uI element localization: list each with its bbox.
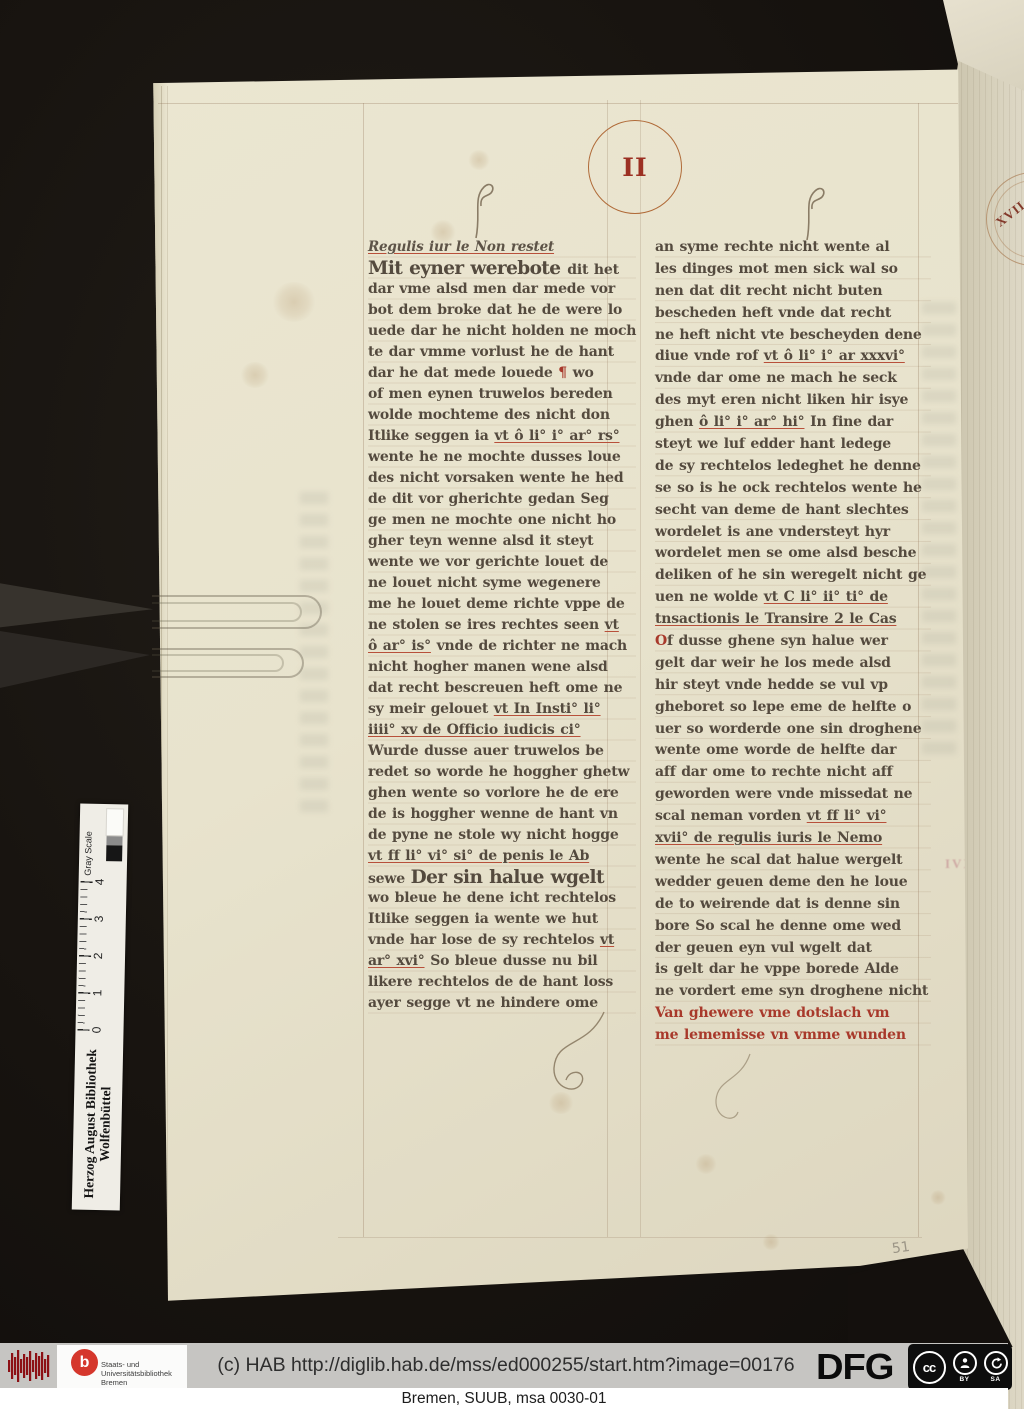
manuscript-text-segment: geworden were vnde missedat ne xyxy=(655,786,912,802)
column-2: an syme rechte nicht wente alles dinges … xyxy=(655,237,931,1047)
manuscript-text-segment: ô ar° is° xyxy=(368,638,431,654)
library-name: Herzog August Bibliothek Wolfenbüttel xyxy=(81,1038,115,1211)
bremen-logo-line1: Staats- und xyxy=(101,1360,172,1369)
manuscript-text-segment: de to weirende dat is denne sin xyxy=(655,896,900,912)
manuscript-text-segment: vnde dar ome ne mach he seck xyxy=(655,370,897,386)
manuscript-line: bescheden heft vnde dat recht xyxy=(655,303,931,325)
manuscript-text-segment: Mit eyner werebote xyxy=(368,258,567,279)
manuscript-line: de pyne ne stole wy nicht hogge xyxy=(368,825,636,846)
ruling-line xyxy=(363,103,364,1237)
manuscript-text-segment: ar° xvi° xyxy=(368,953,425,969)
sa-label: SA xyxy=(990,1376,1000,1383)
manuscript-text-segment: ayer segge vt ne hindere ome xyxy=(368,995,598,1011)
manuscript-line: xvii° de regulis iuris le Nemo xyxy=(655,828,931,850)
manuscript-text-segment: xvii° de regulis iuris le Nemo xyxy=(655,830,882,846)
manuscript-line: wordelet is ane vndersteyt hyr xyxy=(655,522,931,544)
manuscript-line: dar vme alsd men dar mede vor xyxy=(368,279,636,300)
manuscript-text-segment: vt ff li° vi° si° de penis le Ab xyxy=(368,848,589,864)
flourish-icon xyxy=(690,1052,780,1132)
flourish-icon xyxy=(800,186,836,242)
manuscript-text-segment: hir steyt vnde hedde se vul vp xyxy=(655,677,888,693)
ruler-strip-face: Herzog August Bibliothek Wolfenbüttel 0 … xyxy=(72,804,128,1211)
ruler-number: 2 xyxy=(91,946,105,966)
manuscript-text-segment: vnde de richter ne mach xyxy=(431,638,627,654)
manuscript-text-segment: me lememisse vn vmme wunden xyxy=(655,1027,906,1043)
stain xyxy=(695,1154,717,1174)
manuscript-line: vnde har lose de sy rechtelos vt xyxy=(368,930,636,951)
manuscript-text-segment: f dusse ghene syn halue wer xyxy=(667,633,888,649)
manuscript-line: wordelet men se ome alsd besche xyxy=(655,543,931,565)
manuscript-line: wente he scal dat halue wergelt xyxy=(655,850,931,872)
manuscript-line: likere rechtelos de de hant loss xyxy=(368,972,636,993)
caption-text: Bremen, SUUB, msa 0030-01 xyxy=(401,1390,606,1408)
grayscale-label: Gray Scale xyxy=(83,831,94,876)
manuscript-text-segment: In fine dar xyxy=(804,414,893,430)
manuscript-line: redet so worde he hoggher ghetw xyxy=(368,762,636,783)
manuscript-text-segment: les dinges mot men sick wal so xyxy=(655,261,898,277)
manuscript-scan: XVII II xyxy=(0,0,1024,1409)
manuscript-page: II Regulis iur le Non restetMit eyner we… xyxy=(150,62,968,1307)
manuscript-line: steyt we luf edder hant ledege xyxy=(655,434,931,456)
manuscript-line: sewe Der sin halue wgelt xyxy=(368,867,636,888)
clip-shadow xyxy=(152,602,302,622)
manuscript-text-segment: wordelet is ane vndersteyt hyr xyxy=(655,524,890,540)
manuscript-text-segment: nen dat dit recht nicht buten xyxy=(655,283,882,299)
manuscript-line: Van ghewere vme dotslach vm xyxy=(655,1003,931,1025)
manuscript-line: uen ne wolde vt C li° ii° ti° de xyxy=(655,587,931,609)
grayscale-patch-black xyxy=(106,845,122,861)
ruling-line xyxy=(338,1237,922,1238)
cc-icon-label: cc xyxy=(923,1360,935,1375)
flourish-icon xyxy=(518,1008,638,1104)
cc-license-box: cc BY SA xyxy=(908,1344,1012,1390)
bleedthrough xyxy=(300,492,328,812)
manuscript-line: deliken of he sin weregelt nicht ge xyxy=(655,565,931,587)
manuscript-text-segment: wo xyxy=(567,365,594,381)
manuscript-text-segment: bescheden heft vnde dat recht xyxy=(655,305,891,321)
manuscript-line: gelt dar weir he los mede alsd xyxy=(655,653,931,675)
manuscript-text-segment: wente he ne mochte dusses loue xyxy=(368,449,621,465)
manuscript-text-segment: Der sin halue wgelt xyxy=(411,867,604,888)
manuscript-line: des myt eren nicht liken hir isye xyxy=(655,390,931,412)
manuscript-line: ne heft nicht vte bescheyden dene xyxy=(655,325,931,347)
ruling-line xyxy=(158,103,958,104)
manuscript-line: bot dem broke dat he de were lo xyxy=(368,300,636,321)
manuscript-line: les dinges mot men sick wal so xyxy=(655,259,931,281)
manuscript-text-segment: Itlike seggen ia xyxy=(368,428,494,444)
page-left-edge xyxy=(152,80,168,1298)
suub-barcode-logo xyxy=(8,1348,52,1384)
manuscript-line: ar° xvi° So bleue dusse nu bil xyxy=(368,951,636,972)
manuscript-text-segment: is gelt dar he vppe borede Alde xyxy=(655,961,899,977)
manuscript-line: an syme rechte nicht wente al xyxy=(655,237,931,259)
by-label: BY xyxy=(959,1376,969,1383)
manuscript-text-segment: likere rechtelos de de hant loss xyxy=(368,974,613,990)
manuscript-text-segment: iiii° xv de Officio iudicis ci° xyxy=(368,722,581,738)
manuscript-line: gher teyn wenne alsd it steyt xyxy=(368,531,636,552)
manuscript-text-segment: ghen wente so vorlore he de ere xyxy=(368,785,619,801)
manuscript-text-segment: sewe xyxy=(368,871,411,887)
manuscript-text-segment: wordelet men se ome alsd besche xyxy=(655,545,916,561)
manuscript-text-segment: de sy rechtelos ledeghet he denne xyxy=(655,458,921,474)
ruler-number: 0 xyxy=(89,1020,103,1040)
manuscript-text-segment: de is hoggher wenne de hant vn xyxy=(368,806,618,822)
manuscript-text-segment: ô li° i° ar° hi° xyxy=(699,414,805,430)
manuscript-text-segment: deliken of he sin weregelt nicht ge xyxy=(655,567,926,583)
ruler-number: 3 xyxy=(92,909,106,929)
manuscript-line: uer so worderde one sin droghene xyxy=(655,719,931,741)
share-alike-icon xyxy=(984,1351,1008,1375)
manuscript-line: me he louet deme richte vppe de xyxy=(368,594,636,615)
manuscript-text-segment: wente he scal dat halue wergelt xyxy=(655,852,902,868)
manuscript-line: of men eynen truwelos bereden xyxy=(368,384,636,405)
manuscript-line: bore So scal he denne ome wed xyxy=(655,916,931,938)
manuscript-text-segment: des myt eren nicht liken hir isye xyxy=(655,392,908,408)
stain xyxy=(240,362,270,388)
manuscript-text-segment: wo bleue he dene icht rechtelos xyxy=(368,890,616,906)
folio-circle: II xyxy=(588,120,682,214)
caption-strip: Bremen, SUUB, msa 0030-01 xyxy=(0,1388,1008,1409)
bremen-logo-text: Staats- und Universitätsbibliothek Breme… xyxy=(101,1360,172,1387)
bremen-logo-initial: b xyxy=(80,1354,90,1372)
manuscript-text-segment: tnsactionis le Transire 2 le Cas xyxy=(655,611,896,627)
manuscript-text-segment: of men eynen truwelos bereden xyxy=(368,386,613,402)
manuscript-line: de to weirende dat is denne sin xyxy=(655,894,931,916)
manuscript-text-segment: Regulis iur le Non restet xyxy=(368,239,554,255)
manuscript-text-segment: bore So scal he denne ome wed xyxy=(655,918,901,934)
manuscript-line: geworden were vnde missedat ne xyxy=(655,784,931,806)
clip-shadow xyxy=(152,654,284,672)
manuscript-text-segment: des nicht vorsaken wente he hed xyxy=(368,470,623,486)
manuscript-text-segment: vt ô li° i° ar xxxvi° xyxy=(764,348,905,364)
manuscript-line: gheboret so lepe eme de helfte o xyxy=(655,697,931,719)
manuscript-line: de is hoggher wenne de hant vn xyxy=(368,804,636,825)
bremen-logo-line3: Bremen xyxy=(101,1378,172,1387)
manuscript-text-segment: vt C li° ii° ti° de xyxy=(764,589,888,605)
manuscript-text-segment: O xyxy=(655,633,667,649)
manuscript-line: de sy rechtelos ledeghet he denne xyxy=(655,456,931,478)
manuscript-text-segment: Van ghewere vme dotslach vm xyxy=(655,1005,889,1021)
column-1: Regulis iur le Non restetMit eyner wereb… xyxy=(368,237,636,1014)
manuscript-line: hir steyt vnde hedde se vul vp xyxy=(655,675,931,697)
flourish-icon xyxy=(468,182,504,240)
folio-number: II xyxy=(622,153,647,182)
manuscript-text-segment: de dit vor gherichte gedan Seg xyxy=(368,491,609,507)
manuscript-line: te dar vmme vorlust he de hant xyxy=(368,342,636,363)
manuscript-line: Mit eyner werebote dit het xyxy=(368,258,636,279)
page-holder-shadow xyxy=(0,628,150,688)
manuscript-line: iiii° xv de Officio iudicis ci° xyxy=(368,720,636,741)
cc-sa-badge: SA xyxy=(984,1351,1008,1383)
manuscript-line: wente he ne mochte dusses loue xyxy=(368,447,636,468)
ruler-scale: 0 1 2 3 4 xyxy=(75,880,126,1039)
manuscript-text-segment: sy meir gelouet xyxy=(368,701,494,717)
manuscript-text-segment: de pyne ne stole wy nicht hogge xyxy=(368,827,619,843)
manuscript-line: Of dusse ghene syn halue wer xyxy=(655,631,931,653)
manuscript-text-segment: ¶ xyxy=(558,365,567,381)
manuscript-text-segment: wolde mochteme des nicht don xyxy=(368,407,610,423)
manuscript-text-segment: vt ô li° i° ar° rs° xyxy=(494,428,619,444)
manuscript-text-segment: nicht hogher manen wene alsd xyxy=(368,659,608,675)
manuscript-line: wo bleue he dene icht rechtelos xyxy=(368,888,636,909)
manuscript-text-segment: bot dem broke dat he de were lo xyxy=(368,302,622,318)
manuscript-line: Itlike seggen ia wente we hut xyxy=(368,909,636,930)
manuscript-text-segment: wedder geuen deme den he loue xyxy=(655,874,907,890)
manuscript-text-segment: dit het xyxy=(567,262,619,278)
ruler-number: 1 xyxy=(90,983,104,1003)
manuscript-line: ge men ne mochte one nicht ho xyxy=(368,510,636,531)
manuscript-text-segment: gelt dar weir he los mede alsd xyxy=(655,655,891,671)
manuscript-line: se so is he ock rechtelos wente he xyxy=(655,478,931,500)
manuscript-text-segment: se so is he ock rechtelos wente he xyxy=(655,480,922,496)
manuscript-line: wente ome worde de helfte dar xyxy=(655,740,931,762)
manuscript-line: wente we vor gerichte louet de xyxy=(368,552,636,573)
dfg-logo: DFG xyxy=(816,1346,893,1388)
grayscale-patch-gray xyxy=(106,835,122,845)
manuscript-line: dar he dat mede louede ¶ wo xyxy=(368,363,636,384)
page-holder-shadow xyxy=(0,578,153,630)
manuscript-text-segment: vt In Insti° li° xyxy=(494,701,601,717)
manuscript-text-segment: dar he dat mede louede xyxy=(368,365,558,381)
grayscale-patches xyxy=(106,809,123,861)
manuscript-line: ayer segge vt ne hindere ome xyxy=(368,993,636,1014)
manuscript-line: is gelt dar he vppe borede Alde xyxy=(655,959,931,981)
stain xyxy=(468,150,490,170)
manuscript-text-segment: der geuen eyn vul wgelt dat xyxy=(655,940,872,956)
stain xyxy=(272,282,316,322)
manuscript-text-segment: gheboret so lepe eme de helfte o xyxy=(655,699,911,715)
manuscript-text-segment: vt xyxy=(605,617,619,633)
manuscript-text-segment: uer so worderde one sin droghene xyxy=(655,721,921,737)
manuscript-text-segment: ne louet nicht syme wegenere xyxy=(368,575,601,591)
page-edge-line xyxy=(167,86,168,1298)
manuscript-line: ne louet nicht syme wegenere xyxy=(368,573,636,594)
manuscript-text-segment: redet so worde he hoggher ghetw xyxy=(368,764,629,780)
manuscript-text-segment: aff dar ome to rechte nicht aff xyxy=(655,764,892,780)
manuscript-line: Itlike seggen ia vt ô li° i° ar° rs° xyxy=(368,426,636,447)
manuscript-line: wolde mochteme des nicht don xyxy=(368,405,636,426)
manuscript-line: ô ar° is° vnde de richter ne mach xyxy=(368,636,636,657)
person-icon xyxy=(953,1351,977,1375)
manuscript-text-segment: vt xyxy=(600,932,614,948)
manuscript-line: Regulis iur le Non restet xyxy=(368,237,636,258)
manuscript-text-segment: steyt we luf edder hant ledege xyxy=(655,436,891,452)
manuscript-text-segment: scal neman vorden xyxy=(655,808,807,824)
ruler-strip: Herzog August Bibliothek Wolfenbüttel 0 … xyxy=(72,804,128,1211)
manuscript-text-segment: wente we vor gerichte louet de xyxy=(368,554,608,570)
bremen-logo-line2: Universitätsbibliothek xyxy=(101,1369,172,1378)
grayscale-card: Gray Scale xyxy=(79,804,129,881)
ruling-line xyxy=(640,100,641,1237)
manuscript-line: des nicht vorsaken wente he hed xyxy=(368,468,636,489)
manuscript-text-segment: ne heft nicht vte bescheyden dene xyxy=(655,327,922,343)
manuscript-line: wedder geuen deme den he loue xyxy=(655,872,931,894)
manuscript-text-segment: wente ome worde de helfte dar xyxy=(655,742,896,758)
manuscript-line: ghen ô li° i° ar° hi° In fine dar xyxy=(655,412,931,434)
manuscript-text-segment: ne vordert eme syn droghene nicht xyxy=(655,983,928,999)
manuscript-text-segment: vnde har lose de sy rechtelos xyxy=(368,932,600,948)
manuscript-line: dat recht bescreuen heft ome ne xyxy=(368,678,636,699)
manuscript-line: me lememisse vn vmme wunden xyxy=(655,1025,931,1047)
manuscript-text-segment: dar vme alsd men dar mede vor xyxy=(368,281,615,297)
manuscript-text-segment: uen ne wolde xyxy=(655,589,764,605)
manuscript-text-segment: gher teyn wenne alsd it steyt xyxy=(368,533,593,549)
manuscript-text-segment: me he louet deme richte vppe de xyxy=(368,596,625,612)
manuscript-line: scal neman vorden vt ff li° vi° xyxy=(655,806,931,828)
manuscript-line: aff dar ome to rechte nicht aff xyxy=(655,762,931,784)
manuscript-text-segment: ge men ne mochte one nicht ho xyxy=(368,512,616,528)
manuscript-text-segment: te dar vmme vorlust he de hant xyxy=(368,344,614,360)
manuscript-line: vnde dar ome ne mach he seck xyxy=(655,368,931,390)
manuscript-line: nicht hogher manen wene alsd xyxy=(368,657,636,678)
manuscript-line: diue vnde rof vt ô li° i° ar xxxvi° xyxy=(655,346,931,368)
manuscript-text-segment: secht van deme de hant slechtes xyxy=(655,502,909,518)
manuscript-line: Wurde dusse auer truwelos be xyxy=(368,741,636,762)
manuscript-text-segment: uede dar he nicht holden ne moch xyxy=(368,323,636,339)
cc-by-badge: BY xyxy=(953,1351,977,1383)
manuscript-text-segment: Wurde dusse auer truwelos be xyxy=(368,743,604,759)
stain xyxy=(930,1190,946,1205)
manuscript-line: vt ff li° vi° si° de penis le Ab xyxy=(368,846,636,867)
pencil-mark: 51 xyxy=(891,1239,911,1257)
manuscript-text-segment: an syme rechte nicht wente al xyxy=(655,239,890,255)
manuscript-line: ghen wente so vorlore he de ere xyxy=(368,783,636,804)
manuscript-text-segment: diue vnde rof xyxy=(655,348,764,364)
manuscript-line: ne vordert eme syn droghene nicht xyxy=(655,981,931,1003)
manuscript-line: nen dat dit recht nicht buten xyxy=(655,281,931,303)
manuscript-line: uede dar he nicht holden ne moch xyxy=(368,321,636,342)
manuscript-line: secht van deme de hant slechtes xyxy=(655,500,931,522)
bremen-logo-circle: b xyxy=(71,1349,98,1376)
manuscript-text-segment: dat recht bescreuen heft ome ne xyxy=(368,680,622,696)
manuscript-text-segment: ne stolen se ires rechtes seen xyxy=(368,617,605,633)
grayscale-patch-white xyxy=(107,809,124,835)
copyright-text: (c) HAB http://diglib.hab.de/mss/ed00025… xyxy=(200,1354,812,1377)
manuscript-line: tnsactionis le Transire 2 le Cas xyxy=(655,609,931,631)
cc-icon: cc xyxy=(913,1351,946,1384)
manuscript-text-segment: ghen xyxy=(655,414,699,430)
manuscript-text-segment: So bleue dusse nu bil xyxy=(425,953,598,969)
manuscript-text-segment: Itlike seggen ia wente we hut xyxy=(368,911,598,927)
page-edge-line xyxy=(161,86,162,1298)
manuscript-line: ne stolen se ires rechtes seen vt xyxy=(368,615,636,636)
manuscript-line: der geuen eyn vul wgelt dat xyxy=(655,938,931,960)
manuscript-line: de dit vor gherichte gedan Seg xyxy=(368,489,636,510)
manuscript-line: sy meir gelouet vt In Insti° li° xyxy=(368,699,636,720)
manuscript-text-segment: vt ff li° vi° xyxy=(807,808,887,824)
